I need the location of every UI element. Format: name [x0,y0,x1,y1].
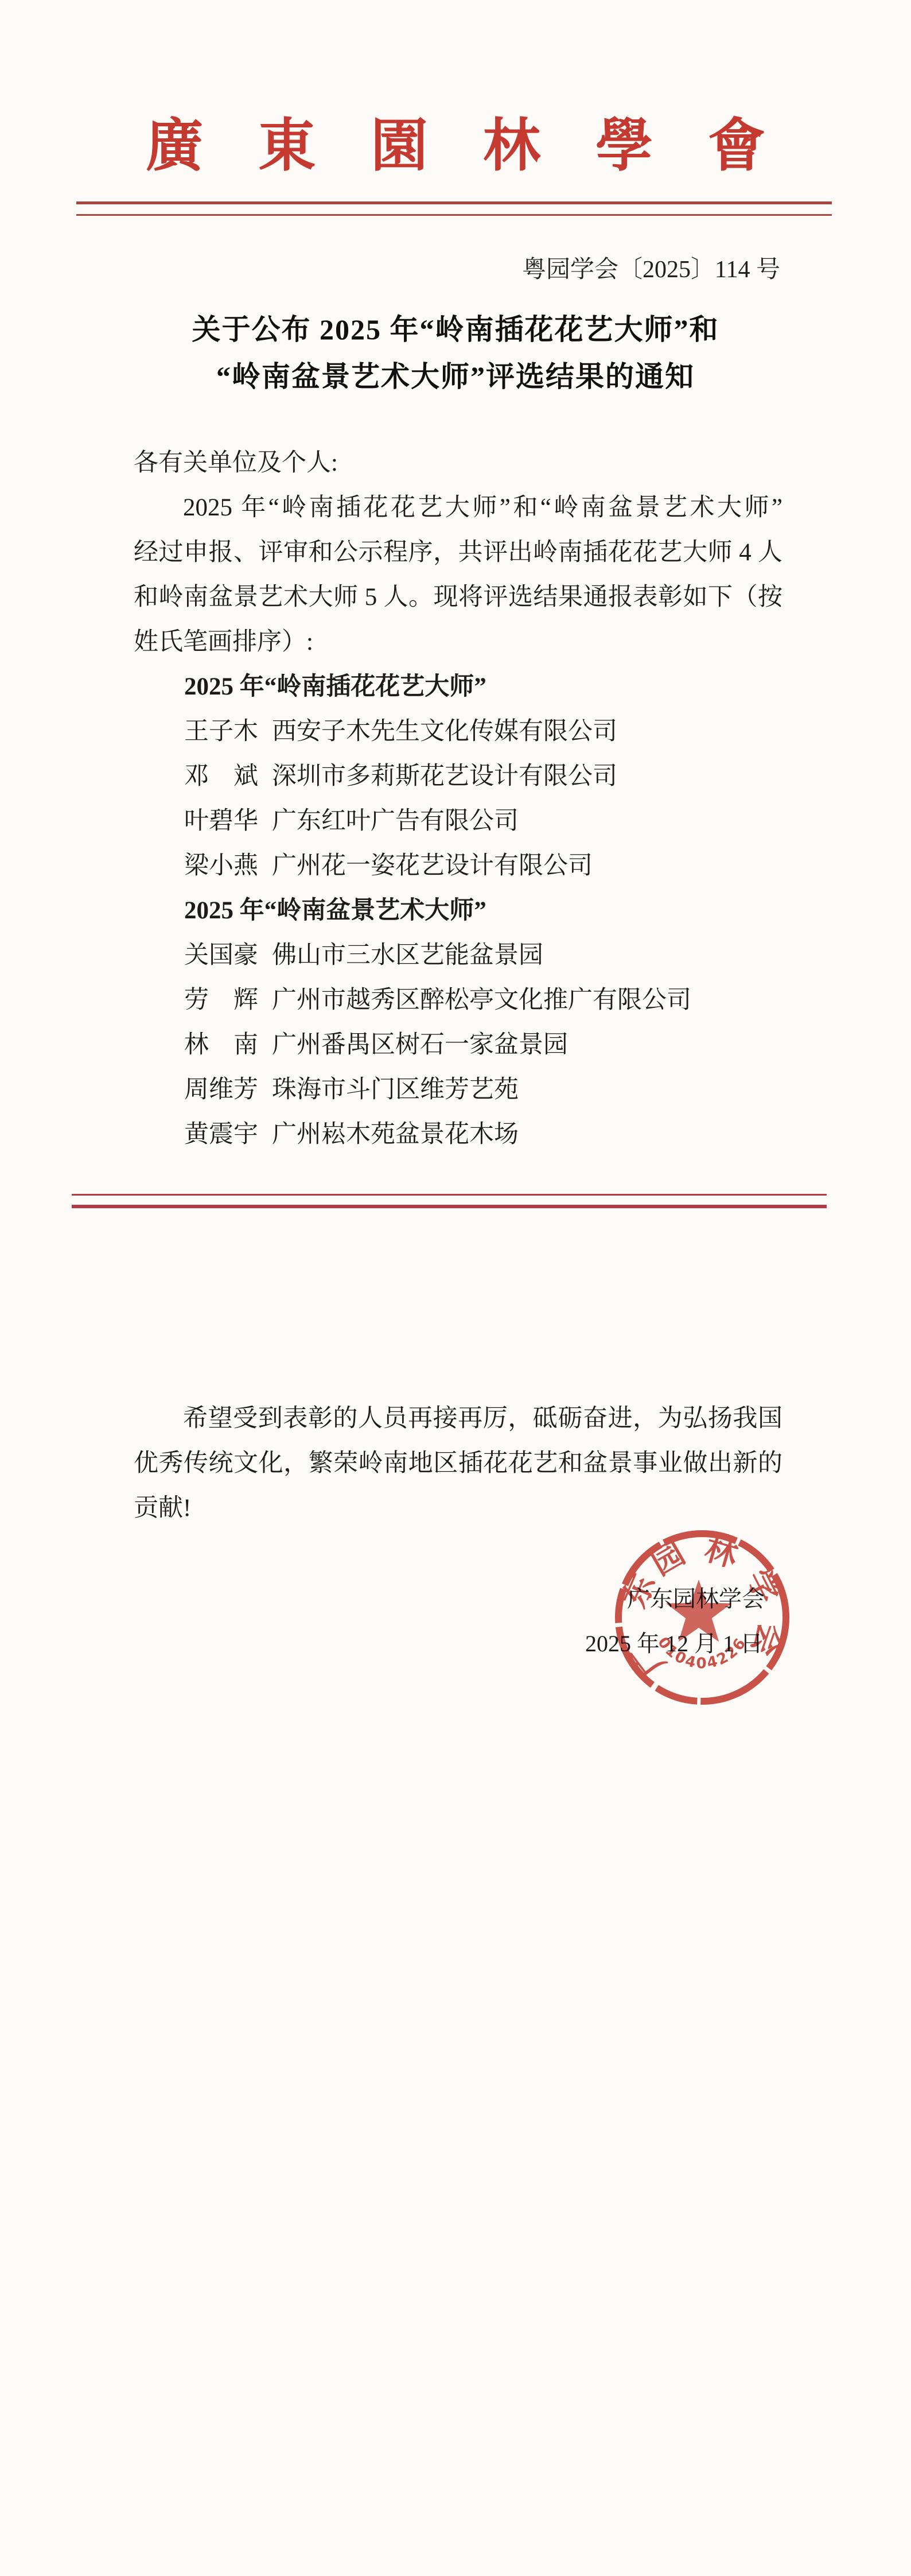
list-item: 叶碧华 广东红叶广告有限公司 [134,799,782,844]
awardee-name: 王子木 [184,709,260,754]
awardee-name: 梁小燕 [184,844,260,889]
salutation: 各有关单位及个人: [134,441,782,486]
seal-ring-char: 东 [617,1569,663,1613]
document-title-line2: “岭南盆景艺术大师”评选结果的通知 [0,353,911,400]
awardee-name: 关国豪 [184,933,260,978]
list-item: 邓 斌 深圳市多莉斯花艺设计有限公司 [134,754,782,799]
document-title-line1: 关于公布 2025 年“岭南插花花艺大师”和 [0,306,911,353]
letterhead-org-name: 廣東園林學會 [0,118,911,175]
list-item: 梁小燕 广州花一姿花艺设计有限公司 [134,844,782,889]
awardee-org: 广州花一姿花艺设计有限公司 [272,844,593,889]
awardee-org: 广州崧木苑盆景花木场 [272,1112,519,1157]
seal-ring-char: 学 [739,1564,786,1609]
awardee-name: 黄震宇 [184,1112,260,1157]
awardee-name: 林 南 [184,1023,260,1068]
closing-line: 希望受到表彰的人员再接再厉，砥砺奋进，为弘扬我国 [134,1396,782,1441]
awardee-name: 邓 斌 [184,754,260,799]
list-item: 王子木 西安子木先生文化传媒有限公司 [134,709,782,754]
awardee-org: 佛山市三水区艺能盆景园 [272,933,543,978]
letterhead-rule-thin [76,214,832,216]
awardee-org: 广州市越秀区醉松亭文化推广有限公司 [272,978,691,1023]
paragraph-line: 经过申报、评审和公示程序，共评出岭南插花花艺大师 4 人 [134,530,782,575]
footer-rule-thin [72,1194,827,1196]
letterhead-rule-thick [76,201,832,204]
document-title: 关于公布 2025 年“岭南插花花艺大师”和 “岭南盆景艺术大师”评选结果的通知 [0,306,911,400]
list-item: 林 南 广州番禺区树石一家盆景园 [134,1023,782,1068]
seal-ring-char: 会 [745,1618,789,1660]
awardee-org: 深圳市多莉斯花艺设计有限公司 [272,754,617,799]
document-number: 粤园学会〔2025〕114 号 [134,255,782,284]
list-item: 关国豪 佛山市三水区艺能盆景园 [134,933,782,978]
list2-heading: 2025 年“岭南盆景艺术大师” [134,889,782,933]
footer-rule-thick [72,1205,827,1208]
list1-heading: 2025 年“岭南插花花艺大师” [134,665,782,709]
list-item: 黄震宇 广州崧木苑盆景花木场 [134,1112,782,1157]
list-item: 劳 辉 广州市越秀区醉松亭文化推广有限公司 [134,978,782,1023]
closing-paragraph: 希望受到表彰的人员再接再厉，砥砺奋进，为弘扬我国 优秀传统文化，繁荣岭南地区插花… [134,1396,782,1531]
closing-line: 优秀传统文化，繁荣岭南地区插花花艺和盆景事业做出新的 [134,1441,782,1486]
awardee-org: 广州番禺区树石一家盆景园 [272,1023,568,1068]
awardee-name: 周维芳 [184,1068,260,1112]
paragraph-line: 2025 年“岭南插花花艺大师”和“岭南盆景艺术大师” [134,486,782,530]
paragraph-line: 和岭南盆景艺术大师 5 人。现将评选结果通报表彰如下（按 [134,575,782,620]
official-seal: 广 东 园 林 学 会 4401040422689 [612,1522,793,1708]
seal-ring-char: 园 [645,1535,691,1582]
awardee-name: 叶碧华 [184,799,260,844]
awardee-org: 珠海市斗门区维芳艺苑 [272,1068,519,1112]
list-item: 周维芳 珠海市斗门区维芳艺苑 [134,1068,782,1112]
paragraph-line: 姓氏笔画排序）: [134,620,782,665]
awardee-org: 广东红叶广告有限公司 [272,799,519,844]
seal-star-icon [666,1580,731,1642]
awardee-org: 西安子木先生文化传媒有限公司 [272,709,617,754]
document-body: 各有关单位及个人: 2025 年“岭南插花花艺大师”和“岭南盆景艺术大师” 经过… [134,441,782,1157]
awardee-name: 劳 辉 [184,978,260,1023]
